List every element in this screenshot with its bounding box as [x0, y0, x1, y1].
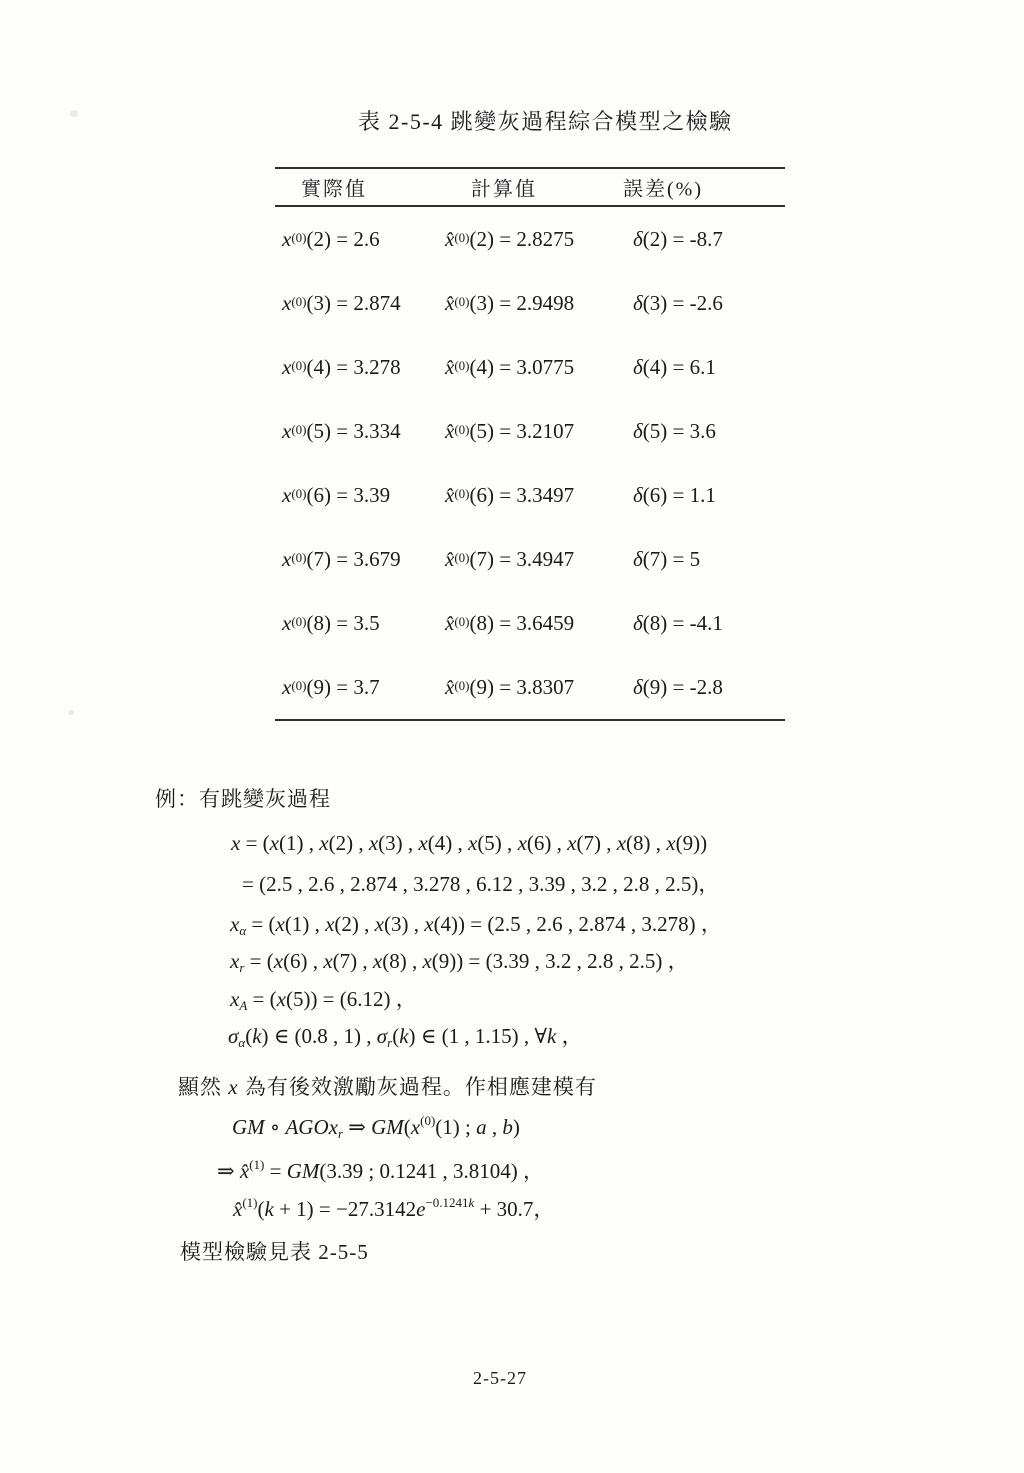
table-cell-error: δ(6) = 1.1	[623, 463, 785, 527]
narrative-text: 顯然 x 為有後效激勵灰過程。作相應建模有	[178, 1071, 597, 1101]
table-cell-error: δ(5) = 3.6	[623, 399, 785, 463]
table-title: 表 2-5-4 跳變灰過程綜合模型之檢驗	[358, 105, 733, 136]
table-cell-computed: x̂(0)(9) = 3.8307	[438, 655, 623, 719]
example-intro: 例：有跳變灰過程	[155, 783, 331, 813]
equation-x-r: xr = (x(6) , x(7) , x(8) , x(9)) = (3.39…	[230, 945, 689, 975]
table-cell-error: δ(4) = 6.1	[623, 335, 785, 399]
table-cell-error: δ(2) = -8.7	[623, 207, 785, 271]
closing-text: 模型檢驗見表 2-5-5	[180, 1236, 369, 1266]
modeling-solution: x̂(1)(k + 1) = −27.3142e−0.1241k + 30.7，	[233, 1193, 554, 1223]
data-table: 實際值 計算值 誤差(%) x(0)(2) = 2.6 x̂(0)(2) = 2…	[275, 167, 785, 721]
table-cell-actual: x(0)(6) = 3.39	[275, 463, 438, 527]
modeling-gm-ago: GM ∘ AGOxr ⇒ GM(x(0)(1) ; a , b)	[232, 1115, 520, 1140]
table-cell-actual: x(0)(8) = 3.5	[275, 591, 438, 655]
table-header-actual: 實際值	[301, 173, 367, 202]
table-cell-actual: x(0)(4) = 3.278	[275, 335, 438, 399]
table-header-error: 誤差(%)	[623, 173, 703, 202]
table-cell-actual: x(0)(7) = 3.679	[275, 527, 438, 591]
table-cell-actual: x(0)(9) = 3.7	[275, 655, 438, 719]
table-cell-error: δ(3) = -2.6	[623, 271, 785, 335]
table-cell-actual: x(0)(2) = 2.6	[275, 207, 438, 271]
equation-x-alpha: xα = (x(1) , x(2) , x(3) , x(4)) = (2.5 …	[230, 908, 722, 938]
scan-speck	[70, 110, 78, 117]
table-header-row: 實際值 計算值 誤差(%)	[275, 169, 785, 207]
table-cell-computed: x̂(0)(4) = 3.0775	[438, 335, 623, 399]
scan-speck	[68, 710, 74, 715]
table-cell-error: δ(9) = -2.8	[623, 655, 785, 719]
document-page: 表 2-5-4 跳變灰過程綜合模型之檢驗 實際值 計算值 誤差(%) x(0)(…	[0, 0, 1024, 1473]
equation-x-values: = (2.5 , 2.6 , 2.874 , 3.278 , 6.12 , 3.…	[242, 868, 719, 898]
modeling-gm-params: ⇒ x̂(1) = GM(3.39 ; 0.1241 , 3.8104) ，	[217, 1155, 544, 1185]
table-cell-actual: x(0)(5) = 3.334	[275, 399, 438, 463]
table-cell-computed: x̂(0)(3) = 2.9498	[438, 271, 623, 335]
table-cell-error: δ(7) = 5	[623, 527, 785, 591]
table-cell-actual: x(0)(3) = 2.874	[275, 271, 438, 335]
table-cell-computed: x̂(0)(5) = 3.2107	[438, 399, 623, 463]
equation-x-sequence: x = (x(1) , x(2) , x(3) , x(4) , x(5) , …	[231, 831, 707, 856]
table-header-computed: 計算值	[471, 173, 537, 202]
equation-sigma-bounds: σα(k) ∈ (0.8 , 1) , σr(k) ∈ (1 , 1.15) ,…	[228, 1020, 583, 1050]
equation-x-A: xA = (x(5)) = (6.12) ，	[230, 983, 417, 1013]
table-cell-computed: x̂(0)(6) = 3.3497	[438, 463, 623, 527]
table-body: x(0)(2) = 2.6 x̂(0)(2) = 2.8275 δ(2) = -…	[275, 207, 785, 721]
table-cell-computed: x̂(0)(7) = 3.4947	[438, 527, 623, 591]
table-cell-computed: x̂(0)(8) = 3.6459	[438, 591, 623, 655]
page-number: 2-5-27	[0, 1368, 1000, 1389]
table-cell-computed: x̂(0)(2) = 2.8275	[438, 207, 623, 271]
table-cell-error: δ(8) = -4.1	[623, 591, 785, 655]
